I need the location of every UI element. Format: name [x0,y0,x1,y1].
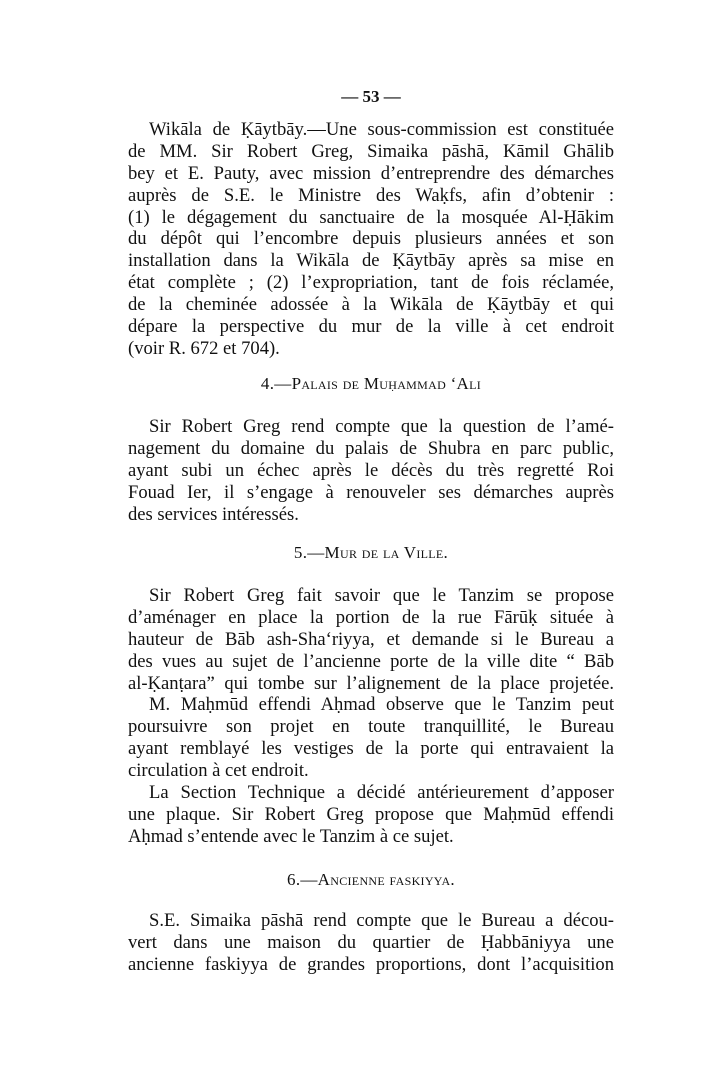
paragraph: Wikāla de Ḳāytbāy.—Une sous-commission e… [128,119,614,360]
text-line: M. Maḥmūd effendi Aḥmad observe que le T… [128,694,614,716]
text-line: (voir R. 672 et 704). [128,338,614,360]
text-line: bey et E. Pauty, avec mission d’entrepre… [128,163,614,185]
paragraph: Sir Robert Greg rend compte que la quest… [128,416,614,525]
section-heading-faskiyya: 6.—Ancienne faskiyya. [128,869,614,891]
text-line: d’aménager en place la portion de la rue… [128,607,614,629]
paragraph: Sir Robert Greg fait savoir que le Tanzi… [128,585,614,694]
text-line: al-Ḳanṭara” qui tombe sur l’alignement d… [128,673,614,695]
section-heading-palais: 4.—Palais de Muḥammad ‘Ali [128,373,614,395]
text-line: dépare la perspective du mur de la ville… [128,316,614,338]
text-line: poursuivre son projet en toute tranquill… [128,716,614,738]
text-line: Fouad Ier, il s’engage à renouveler ses … [128,482,614,504]
section-heading-mur: 5.—Mur de la Ville. [128,542,614,564]
text-line: état complète ; (2) l’expropriation, tan… [128,272,614,294]
page-number: — 53 — [128,86,614,108]
text-line: nagement du domaine du palais de Shubra … [128,438,614,460]
text-line: Wikāla de Ḳāytbāy.—Une sous-commission e… [128,119,614,141]
paragraph: La Section Technique a décidé antérieure… [128,782,614,848]
text-line: circulation à cet endroit. [128,760,614,782]
text-line: Sir Robert Greg fait savoir que le Tanzi… [128,585,614,607]
section-mur: Sir Robert Greg fait savoir que le Tanzi… [128,585,614,848]
text-line: de la cheminée adossée à la Wikāla de Ḳā… [128,294,614,316]
text-line: Sir Robert Greg rend compte que la quest… [128,416,614,438]
text-line: ancienne faskiyya de grandes proportions… [128,954,614,976]
text-line: ayant subi un échec après le décès du tr… [128,460,614,482]
text-line: auprès de S.E. le Ministre des Waḳfs, af… [128,185,614,207]
text-line: des vues au sujet de l’ancienne porte de… [128,651,614,673]
text-line: ayant remblayé les vestiges de la porte … [128,738,614,760]
text-line: S.E. Simaika pāshā rend compte que le Bu… [128,910,614,932]
text-line: La Section Technique a décidé antérieure… [128,782,614,804]
text-line: (1) le dégagement du sanctuaire de la mo… [128,207,614,229]
section-wikala: Wikāla de Ḳāytbāy.—Une sous-commission e… [128,119,614,360]
text-line: Aḥmad s’entende avec le Tanzim à ce suje… [128,826,614,848]
text-line: hauteur de Bāb ash-Sha‘riyya, et demande… [128,629,614,651]
section-palais: Sir Robert Greg rend compte que la quest… [128,416,614,525]
paragraph: S.E. Simaika pāshā rend compte que le Bu… [128,910,614,976]
text-line: installation dans la Wikāla de Ḳāytbāy a… [128,250,614,272]
text-line: vert dans une maison du quartier de Ḥabb… [128,932,614,954]
text-line: une plaque. Sir Robert Greg propose que … [128,804,614,826]
text-line: du dépôt qui l’encombre depuis plusieurs… [128,228,614,250]
section-faskiyya: S.E. Simaika pāshā rend compte que le Bu… [128,910,614,976]
paragraph: M. Maḥmūd effendi Aḥmad observe que le T… [128,694,614,782]
text-line: des services intéressés. [128,504,614,526]
text-line: de MM. Sir Robert Greg, Simaika pāshā, K… [128,141,614,163]
